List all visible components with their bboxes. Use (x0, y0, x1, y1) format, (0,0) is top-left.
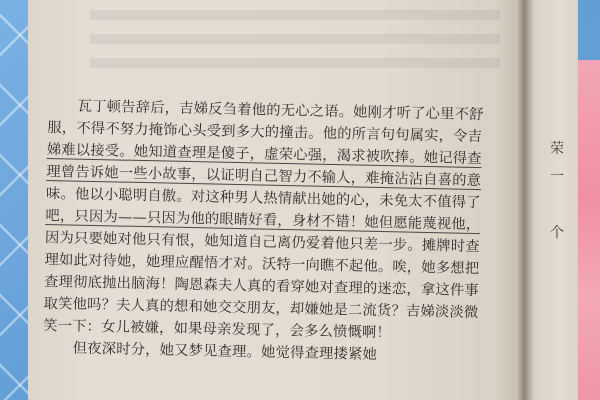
show-through-text (90, 10, 500, 80)
pink-background (575, 60, 600, 400)
right-page-char: 个 (550, 219, 564, 247)
book-gutter (518, 0, 534, 400)
page-text: 瓦丁顿告辞后，吉娣反刍着他的无心之语。她刚才听了心里不舒 服，不得不努力掩饰心头… (42, 95, 477, 368)
right-page-char: 荣 (550, 135, 564, 163)
right-page-char: 一 (550, 163, 564, 191)
right-page-text: 荣 一 个 (550, 135, 564, 247)
